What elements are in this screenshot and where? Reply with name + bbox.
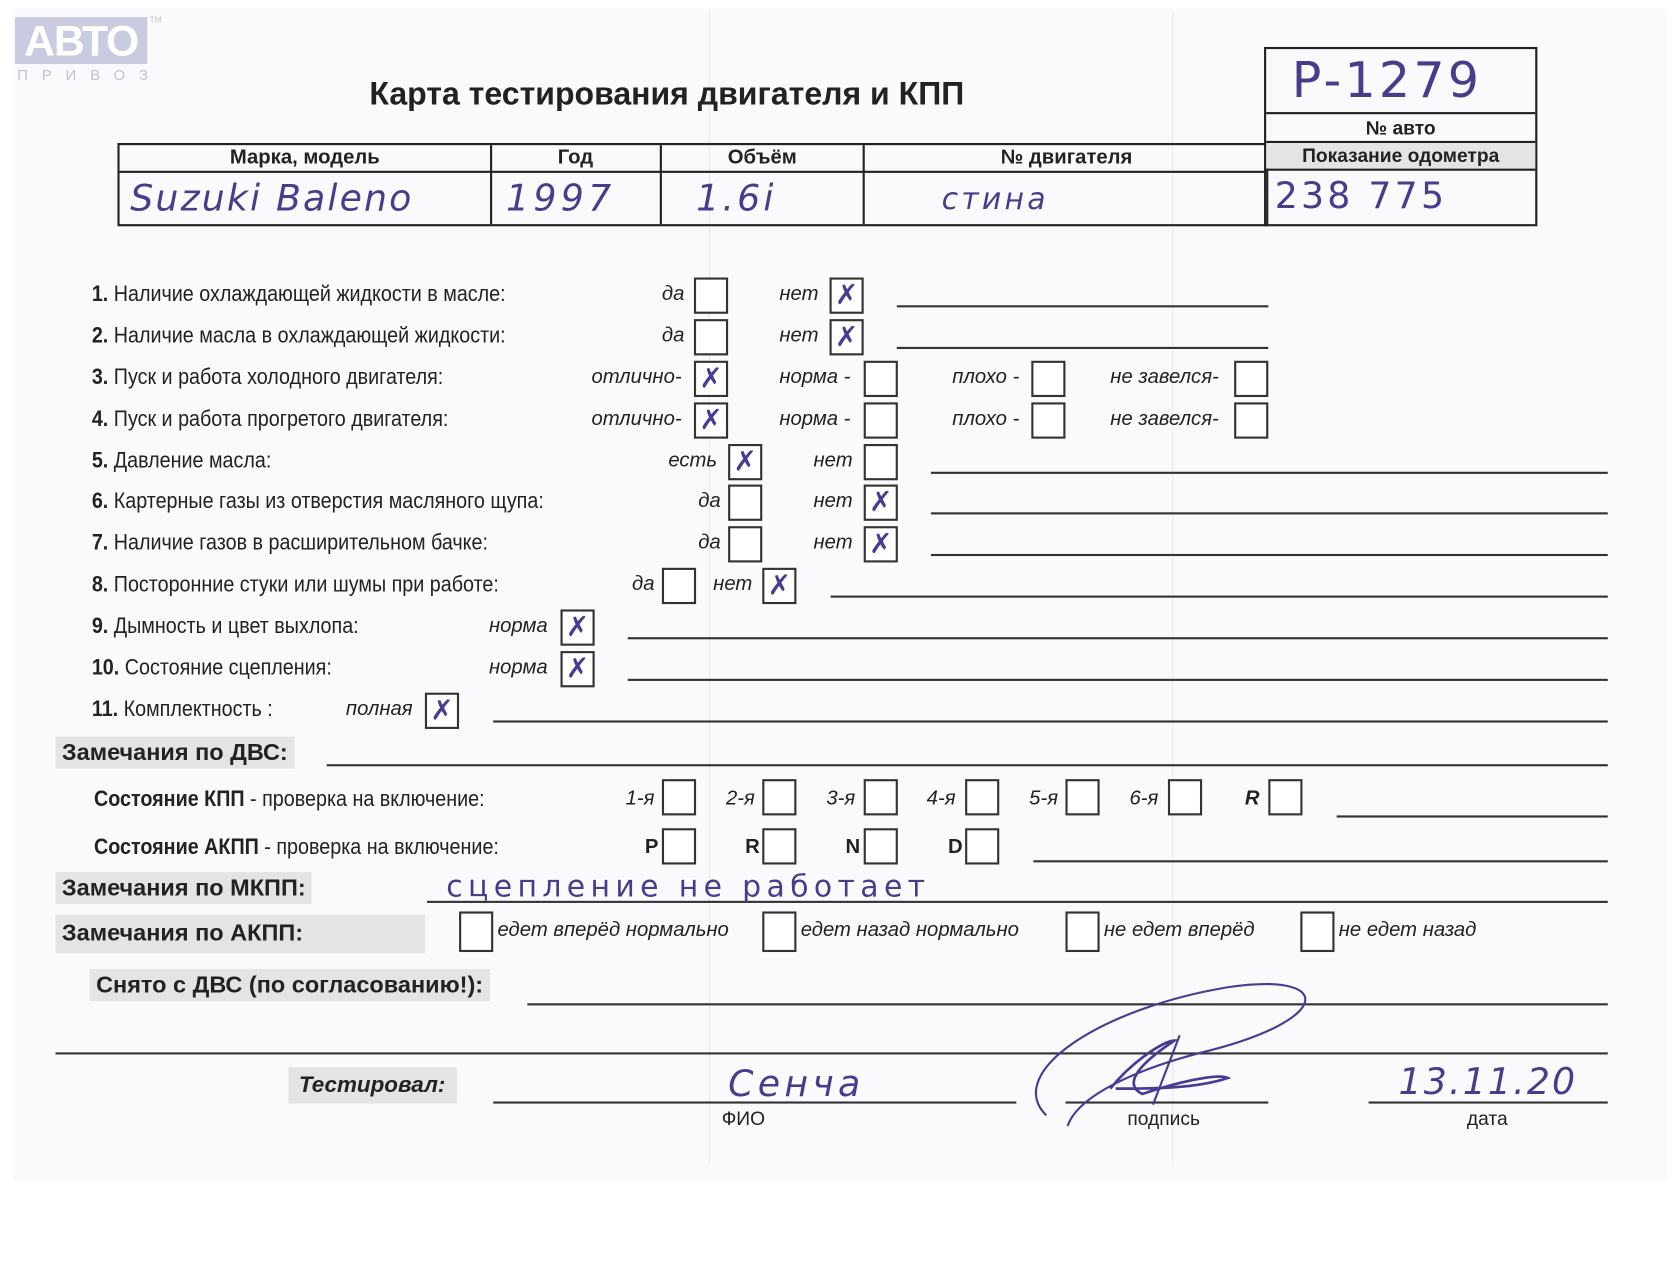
option-label: нет (814, 490, 853, 513)
gear-label: R (1245, 788, 1260, 811)
checklist-question: 7. Наличие газов в расширительном бачке: (92, 530, 488, 556)
logo-avto: АВТО (15, 17, 147, 64)
value-volume[interactable]: 1.6i (696, 177, 777, 220)
date-value[interactable]: 13.11.20 (1399, 1061, 1578, 1104)
option-label: да (632, 573, 655, 596)
option-checkbox[interactable] (864, 402, 898, 438)
auto-remark-checkbox[interactable] (1300, 911, 1334, 952)
check-mark-icon: ✗ (866, 487, 896, 519)
checklist-question: 1. Наличие охлаждающей жидкости в масле: (92, 282, 506, 308)
auto-box: P-1279 № авто Показание одометра 238 775 (1264, 47, 1537, 226)
checklist-row: 4. Пуск и работа прогретого двигателя:от… (0, 400, 1674, 441)
vehicle-table: Марка, модель Год Объём № двигателя Suzu… (117, 143, 1268, 226)
option-checkbox[interactable]: ✗ (694, 361, 728, 397)
notes-line[interactable] (831, 596, 1608, 598)
check-mark-icon: ✗ (832, 280, 862, 312)
notes-line[interactable] (628, 679, 1608, 681)
check-mark-icon: ✗ (866, 528, 896, 560)
gear-checkbox[interactable] (762, 828, 796, 864)
option-checkbox[interactable] (864, 444, 898, 480)
header-engine-no: № двигателя (865, 145, 1269, 171)
option-label: есть (668, 449, 717, 472)
option-label: плохо - (952, 366, 1019, 389)
value-engine-no[interactable]: стина (942, 181, 1049, 216)
option-label: норма - (779, 408, 850, 431)
gear-label: 5-я (1029, 788, 1058, 811)
gear-label: 6-я (1130, 788, 1159, 811)
option-checkbox[interactable] (1031, 402, 1065, 438)
option-checkbox[interactable]: ✗ (560, 651, 594, 687)
checklist-question: 8. Посторонние стуки или шумы при работе… (92, 572, 499, 598)
auto-remark-checkbox[interactable] (762, 911, 796, 952)
checklist-question: 6. Картерные газы из отверстия масляного… (92, 489, 544, 515)
gear-checkbox[interactable] (965, 779, 999, 815)
header-volume: Объём (662, 145, 863, 171)
auto-remark-checkbox[interactable] (1065, 911, 1099, 952)
option-label: да (698, 532, 721, 555)
option-label: нет (814, 532, 853, 555)
option-label: полная (346, 698, 413, 721)
notes-line[interactable] (897, 347, 1269, 349)
value-model[interactable]: Suzuki Baleno (130, 177, 413, 220)
gear-label: 1-я (626, 788, 655, 811)
check-mark-icon: ✗ (563, 653, 593, 685)
option-checkbox[interactable]: ✗ (762, 568, 796, 604)
notes-line[interactable] (931, 472, 1608, 474)
checklist-row: 3. Пуск и работа холодного двигателя:отл… (0, 359, 1674, 400)
gear-checkbox[interactable] (662, 828, 696, 864)
option-checkbox[interactable]: ✗ (694, 402, 728, 438)
option-checkbox[interactable]: ✗ (425, 693, 459, 729)
option-label: норма - (779, 366, 850, 389)
checklist-row: 9. Дымность и цвет выхлопа:норма✗ (0, 607, 1674, 648)
separator-line (56, 1052, 1608, 1054)
option-checkbox[interactable] (694, 319, 728, 355)
date-caption: дата (1467, 1108, 1508, 1130)
signature-caption: подпись (1127, 1108, 1200, 1130)
checklist-row: 6. Картерные газы из отверстия масляного… (0, 482, 1674, 523)
gear-label: N (846, 836, 861, 859)
checklist-row: 8. Посторонние стуки или шумы при работе… (0, 566, 1674, 607)
option-label: нет (713, 573, 752, 596)
option-checkbox[interactable] (1234, 361, 1268, 397)
auto-remark-label: не едет назад (1339, 919, 1477, 942)
value-year[interactable]: 1997 (506, 177, 615, 220)
option-checkbox[interactable]: ✗ (830, 277, 864, 313)
trademark: TM (149, 15, 161, 25)
notes-line[interactable] (493, 720, 1608, 722)
notes-line[interactable] (931, 554, 1608, 556)
checklist-row: 11. Комплектность :полная✗ (0, 691, 1674, 732)
removed-label: Снято с ДВС (по согласованию!): (90, 969, 490, 1001)
option-label: норма (489, 615, 548, 638)
option-checkbox[interactable] (694, 277, 728, 313)
gear-checkbox[interactable] (662, 779, 696, 815)
notes-line[interactable] (931, 512, 1608, 514)
option-label: да (662, 324, 685, 347)
manual-gearbox-label: Состояние КПП - проверка на включение: (94, 787, 485, 813)
header-year: Год (491, 145, 660, 171)
auto-remark-label: не едет вперёд (1104, 919, 1255, 942)
odometer-label: Показание одометра (1266, 143, 1535, 169)
manual-gearbox-notes[interactable] (1337, 815, 1608, 817)
tested-label: Тестировал: (299, 1073, 445, 1099)
gear-checkbox[interactable] (762, 779, 796, 815)
gear-label: D (948, 836, 963, 859)
option-label: норма (489, 656, 548, 679)
option-checkbox[interactable] (728, 485, 762, 521)
gear-checkbox[interactable] (1268, 779, 1302, 815)
auto-number-label: № авто (1266, 115, 1535, 141)
option-label: не завелся- (1110, 366, 1218, 389)
checklist-question: 11. Комплектность : (92, 697, 273, 723)
gear-checkbox[interactable] (965, 828, 999, 864)
remarks-manual-label: Замечания по МКПП: (56, 872, 313, 904)
notes-line[interactable] (628, 637, 1608, 639)
notes-line[interactable] (897, 305, 1269, 307)
gear-checkbox[interactable] (1168, 779, 1202, 815)
check-mark-icon: ✗ (563, 612, 593, 644)
option-label: нет (814, 449, 853, 472)
auto-gearbox-label: Состояние АКПП - проверка на включение: (94, 835, 499, 861)
remarks-engine-label: Замечания по ДВС: (56, 736, 295, 768)
check-mark-icon: ✗ (730, 446, 760, 478)
option-checkbox[interactable] (864, 361, 898, 397)
gear-label: P (645, 836, 659, 859)
checklist-row: 1. Наличие охлаждающей жидкости в масле:… (0, 275, 1674, 316)
page-title: Карта тестирования двигателя и КПП (369, 77, 964, 113)
option-label: отлично- (591, 366, 681, 389)
check-mark-icon: ✗ (832, 321, 862, 353)
name-caption: ФИО (722, 1108, 765, 1130)
option-checkbox[interactable]: ✗ (560, 609, 594, 645)
checklist-question: 4. Пуск и работа прогретого двигателя: (92, 407, 449, 433)
remarks-manual-value[interactable]: сцепление не работает (446, 869, 930, 904)
option-label: да (662, 283, 685, 306)
auto-number-value[interactable]: P-1279 (1292, 51, 1482, 109)
checklist-question: 5. Давление масла: (92, 448, 272, 474)
option-checkbox[interactable] (728, 526, 762, 562)
check-mark-icon: ✗ (696, 363, 726, 395)
check-mark-icon: ✗ (427, 695, 457, 727)
gear-label: R (745, 836, 760, 859)
option-label: да (698, 490, 721, 513)
check-mark-icon: ✗ (696, 405, 726, 437)
auto-remark-label: едет назад нормально (801, 919, 1019, 942)
remarks-auto-label: Замечания по АКПП: (56, 915, 425, 953)
option-checkbox[interactable]: ✗ (728, 444, 762, 480)
gear-label: 3-я (826, 788, 855, 811)
gear-checkbox[interactable] (864, 828, 898, 864)
name-value[interactable]: Сенча (728, 1063, 864, 1106)
option-checkbox[interactable] (1031, 361, 1065, 397)
checklist-row: 7. Наличие газов в расширительном бачке:… (0, 524, 1674, 565)
header-model: Марка, модель (120, 145, 490, 171)
auto-gearbox-notes[interactable] (1033, 860, 1607, 862)
logo-subtitle: ПРИВОЗ (17, 66, 162, 83)
option-checkbox[interactable] (1234, 402, 1268, 438)
checklist-row: 10. Состояние сцепления:норма✗ (0, 649, 1674, 690)
gear-checkbox[interactable] (1065, 779, 1099, 815)
checklist-question: 2. Наличие масла в охлаждающей жидкости: (92, 323, 506, 349)
checklist-row: 5. Давление масла:есть✗нет (0, 442, 1674, 483)
option-checkbox[interactable]: ✗ (864, 485, 898, 521)
option-label: плохо - (952, 408, 1019, 431)
checklist-question: 3. Пуск и работа холодного двигателя: (92, 365, 443, 391)
option-label: отлично- (591, 408, 681, 431)
remarks-engine-field[interactable] (327, 764, 1608, 766)
option-checkbox[interactable]: ✗ (864, 526, 898, 562)
auto-remark-checkbox[interactable] (459, 911, 493, 952)
check-mark-icon: ✗ (764, 570, 794, 602)
checklist-question: 9. Дымность и цвет выхлопа: (92, 614, 359, 640)
checklist-row: 2. Наличие масла в охлаждающей жидкости:… (0, 317, 1674, 358)
odometer-value[interactable]: 238 775 (1275, 175, 1448, 218)
option-checkbox[interactable] (662, 568, 696, 604)
option-label: нет (779, 324, 818, 347)
option-checkbox[interactable]: ✗ (830, 319, 864, 355)
gear-label: 2-я (726, 788, 755, 811)
option-label: не завелся- (1110, 408, 1218, 431)
checklist-question: 10. Состояние сцепления: (92, 655, 332, 681)
auto-remark-label: едет вперёд нормально (498, 919, 729, 942)
gear-checkbox[interactable] (864, 779, 898, 815)
option-label: нет (779, 283, 818, 306)
gear-label: 4-я (927, 788, 956, 811)
